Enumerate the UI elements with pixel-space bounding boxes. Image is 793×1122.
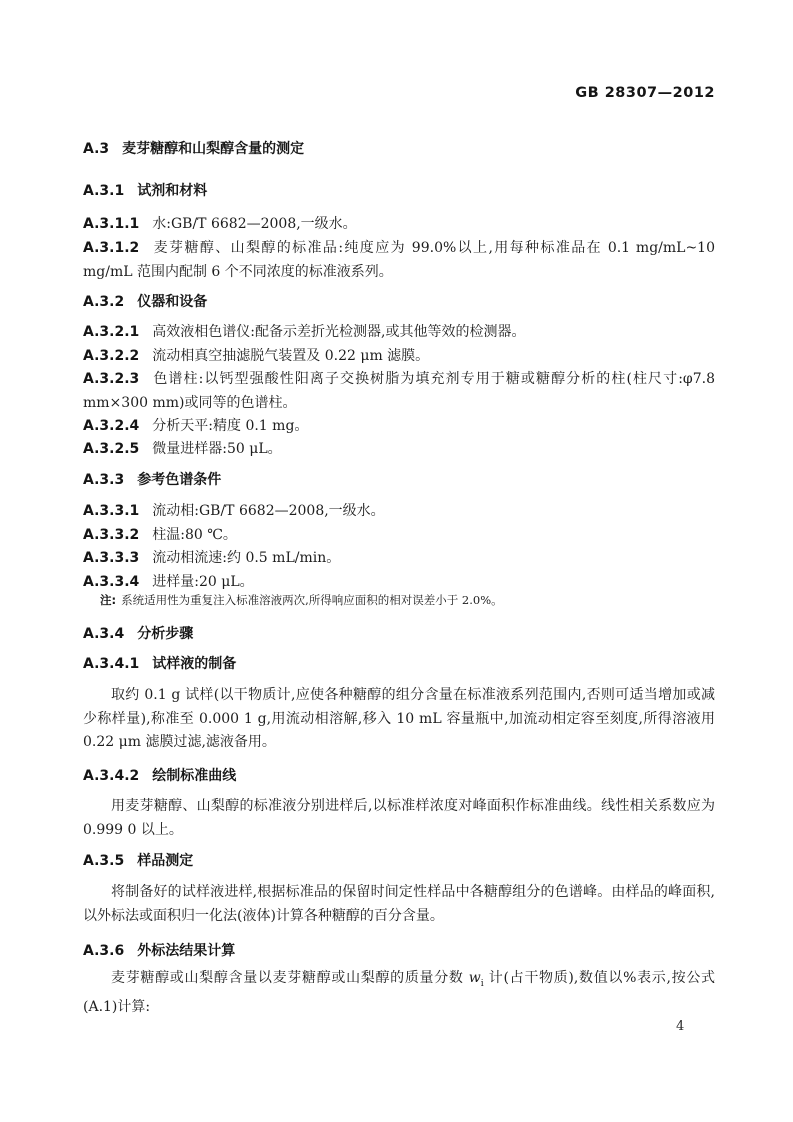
clause-number: A.3.2.2: [83, 348, 139, 364]
clause-text: 色谱柱:以钙型强酸性阳离子交换树脂为填充剂专用于糖或糖醇分析的柱(柱尺寸:φ7.…: [83, 371, 715, 411]
clause-a3-1-2: A.3.1.2麦芽糖醇、山梨醇的标准品:纯度应为 99.0%以上,用每种标准品在…: [83, 237, 715, 284]
clause-number: A.3.3: [83, 472, 124, 488]
heading-a3-4-2: A.3.4.2绘制标准曲线: [83, 765, 715, 789]
clause-text: 麦芽糖醇、山梨醇的标准品:纯度应为 99.0%以上,用每种标准品在 0.1 mg…: [83, 240, 715, 280]
standard-code: GB 28307—2012: [575, 85, 715, 101]
note: 注:系统适用性为重复注入标准溶液两次,所得响应面积的相对误差小于 2.0%。: [83, 591, 715, 609]
clause-text: 水:GB/T 6682—2008,一级水。: [152, 216, 356, 232]
clause-number: A.3.4: [83, 626, 124, 642]
clause-a3-2-1: A.3.2.1高效液相色谱仪:配备示差折光检测器,或其他等效的检测器。: [83, 321, 715, 345]
paragraph-a3-4-2: 用麦芽糖醇、山梨醇的标准液分别进样后,以标准样浓度对峰面积作标准曲线。线性相关系…: [83, 795, 715, 842]
heading-a3-3: A.3.3参考色谱条件: [83, 469, 715, 493]
clause-number: A.3.3.2: [83, 527, 139, 543]
paragraph-text: 取约 0.1 g 试样(以干物质计,应使各种糖醇的组分含量在标准液系列范围内,否…: [83, 687, 715, 750]
paragraph-text: 将制备好的试样液进样,根据标准品的保留时间定性样品中各糖醇组分的色谱峰。由样品的…: [83, 884, 715, 924]
paragraph-text-before: 麦芽糖醇或山梨醇含量以麦芽糖醇或山梨醇的质量分数: [111, 970, 469, 986]
clause-a3-2-5: A.3.2.5微量进样器:50 μL。: [83, 438, 715, 462]
clause-a3-2-4: A.3.2.4分析天平:精度 0.1 mg。: [83, 415, 715, 439]
clause-number: A.3: [83, 141, 109, 157]
clause-a3-3-2: A.3.3.2柱温:80 ℃。: [83, 524, 715, 548]
page-header: GB 28307—2012: [83, 85, 715, 101]
clause-a3-3-1: A.3.3.1流动相:GB/T 6682—2008,一级水。: [83, 500, 715, 524]
paragraph-a3-6: 麦芽糖醇或山梨醇含量以麦芽糖醇或山梨醇的质量分数 wi 计(占干物质),数值以%…: [83, 967, 715, 1020]
page-number: 4: [676, 1019, 684, 1034]
clause-number: A.3.2.3: [83, 371, 139, 387]
clause-number: A.3.4.2: [83, 768, 139, 784]
heading-a3-5: A.3.5样品测定: [83, 850, 715, 874]
clause-number: A.3.2.1: [83, 324, 139, 340]
heading-a3-4-1: A.3.4.1试样液的制备: [83, 653, 715, 677]
clause-text: 流动相流速:约 0.5 mL/min。: [152, 550, 340, 566]
note-label: 注:: [100, 593, 116, 607]
clause-number: A.3.1.2: [83, 240, 139, 256]
clause-number: A.3.2: [83, 294, 124, 310]
mass-fraction-symbol: wi: [469, 970, 484, 986]
section-title: 试剂和材料: [137, 183, 207, 199]
clause-text: 进样量:20 μL。: [152, 574, 253, 590]
section-title: 绘制标准曲线: [152, 768, 236, 784]
heading-a3-1: A.3.1试剂和材料: [83, 180, 715, 204]
clause-text: 分析天平:精度 0.1 mg。: [152, 418, 308, 434]
clause-text: 高效液相色谱仪:配备示差折光检测器,或其他等效的检测器。: [152, 324, 525, 340]
section-title: 试样液的制备: [152, 656, 236, 672]
clause-text: 柱温:80 ℃。: [152, 527, 237, 543]
clause-text: 微量进样器:50 μL。: [152, 441, 281, 457]
paragraph-a3-4-1: 取约 0.1 g 试样(以干物质计,应使各种糖醇的组分含量在标准液系列范围内,否…: [83, 684, 715, 755]
heading-a3: A.3麦芽糖醇和山梨醇含量的测定: [83, 138, 715, 162]
clause-number: A.3.1.1: [83, 216, 139, 232]
clause-number: A.3.4.1: [83, 656, 139, 672]
clause-a3-2-2: A.3.2.2流动相真空抽滤脱气装置及 0.22 μm 滤膜。: [83, 345, 715, 369]
heading-a3-2: A.3.2仪器和设备: [83, 291, 715, 315]
clause-number: A.3.1: [83, 183, 124, 199]
clause-a3-3-3: A.3.3.3流动相流速:约 0.5 mL/min。: [83, 547, 715, 571]
clause-number: A.3.2.5: [83, 441, 139, 457]
clause-number: A.3.6: [83, 943, 124, 959]
clause-number: A.3.3.3: [83, 550, 139, 566]
paragraph-text: 用麦芽糖醇、山梨醇的标准液分别进样后,以标准样浓度对峰面积作标准曲线。线性相关系…: [83, 798, 715, 838]
clause-number: A.3.5: [83, 853, 124, 869]
section-title: 仪器和设备: [137, 294, 207, 310]
heading-a3-6: A.3.6外标法结果计算: [83, 940, 715, 964]
paragraph-a3-5: 将制备好的试样液进样,根据标准品的保留时间定性样品中各糖醇组分的色谱峰。由样品的…: [83, 881, 715, 928]
heading-a3-4: A.3.4分析步骤: [83, 623, 715, 647]
section-title: 麦芽糖醇和山梨醇含量的测定: [122, 141, 304, 157]
clause-a3-1-1: A.3.1.1水:GB/T 6682—2008,一级水。: [83, 213, 715, 237]
clause-a3-2-3: A.3.2.3色谱柱:以钙型强酸性阳离子交换树脂为填充剂专用于糖或糖醇分析的柱(…: [83, 368, 715, 415]
clause-number: A.3.2.4: [83, 418, 139, 434]
section-title: 外标法结果计算: [137, 943, 235, 959]
section-title: 样品测定: [137, 853, 193, 869]
section-title: 参考色谱条件: [137, 472, 221, 488]
clause-text: 流动相真空抽滤脱气装置及 0.22 μm 滤膜。: [152, 348, 429, 364]
clause-number: A.3.3.4: [83, 574, 139, 590]
document-page: GB 28307—2012 A.3麦芽糖醇和山梨醇含量的测定 A.3.1试剂和材…: [0, 0, 793, 1122]
section-title: 分析步骤: [137, 626, 193, 642]
clause-text: 流动相:GB/T 6682—2008,一级水。: [152, 503, 384, 519]
note-text: 系统适用性为重复注入标准溶液两次,所得响应面积的相对误差小于 2.0%。: [121, 593, 503, 607]
clause-number: A.3.3.1: [83, 503, 139, 519]
